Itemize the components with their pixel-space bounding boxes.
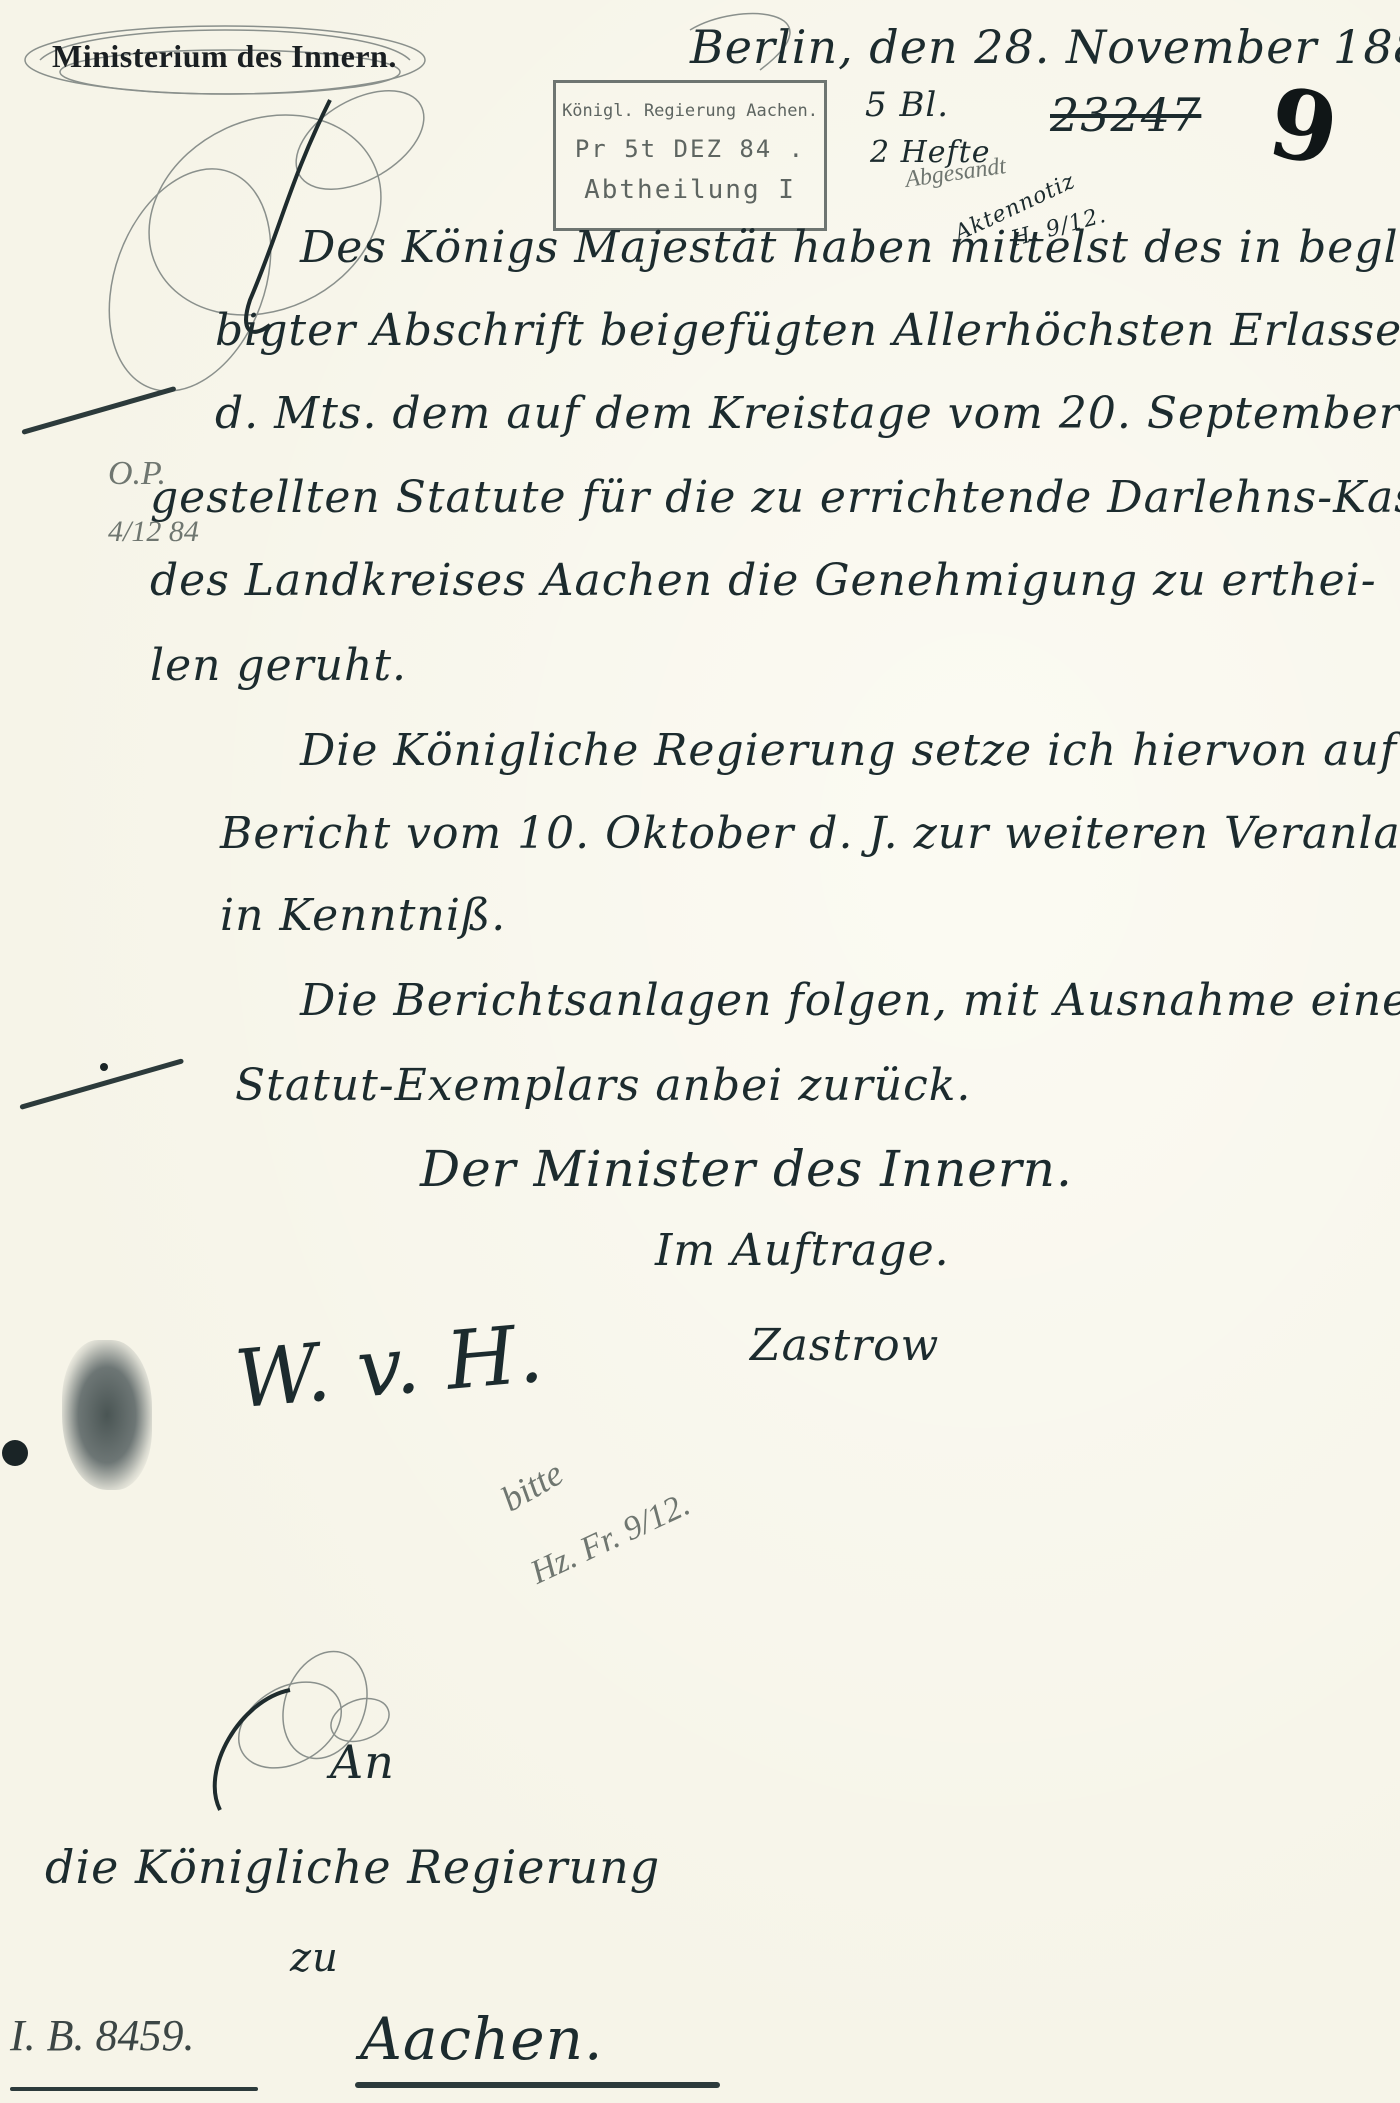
letterhead: Ministerium des Innern. — [40, 30, 420, 90]
receipt-stamp: Königl. Regierung Aachen. Pr 5t DEZ 84 .… — [553, 80, 827, 231]
closing-minister: Der Minister des Innern. — [420, 1140, 1073, 1198]
body-line-1: Des Königs Majestät haben mittelst des i… — [300, 222, 1400, 273]
body-line-5: des Landkreises Aachen die Genehmigung z… — [150, 555, 1377, 606]
stamp-line-2: Pr 5t DEZ 84 . — [556, 135, 824, 163]
initials: W. v. H. — [232, 1307, 548, 1427]
journal-number-struck: 23247 — [1050, 88, 1201, 142]
body-line-2: bigter Abschrift beigefügten Allerhöchst… — [215, 305, 1400, 356]
body-line-4: gestellten Statute für die zu errichtend… — [150, 472, 1400, 523]
body-line-11: Statut-Exemplars anbei zurück. — [235, 1060, 971, 1111]
stamp-line-3: Abtheilung I — [556, 175, 824, 205]
address-line-1: die Königliche Regierung — [45, 1840, 660, 1894]
body-line-6: len geruht. — [150, 640, 407, 691]
document-page: Ministerium des Innern. Berlin, den 28. … — [0, 0, 1400, 2103]
ink-dot — [100, 1063, 108, 1071]
city-underline — [355, 2082, 720, 2088]
pencil-annotation-1: bitte — [494, 1452, 570, 1520]
journal-number-overwrite: 9 — [1261, 65, 1346, 188]
body-line-8: Bericht vom 10. Oktober d. J. zur weiter… — [220, 808, 1400, 859]
stamp-line-1: Königl. Regierung Aachen. — [556, 101, 824, 121]
letterhead-title: Ministerium des Innern. — [52, 38, 397, 75]
signature: Zastrow — [750, 1320, 939, 1371]
ink-dot — [2, 1440, 28, 1466]
reference-number: I. B. 8459. — [10, 2010, 195, 2061]
body-line-9: in Kenntniß. — [220, 890, 506, 941]
address-city: Aachen. — [360, 2005, 603, 2073]
address-line-2: zu — [290, 1935, 339, 1981]
margin-stroke — [21, 386, 176, 435]
margin-note-sheets: 5 Bl. — [865, 85, 949, 125]
body-line-10: Die Berichtsanlagen folgen, mit Ausnahme… — [300, 975, 1400, 1026]
address-salutation: An — [330, 1735, 395, 1789]
reference-underline — [10, 2087, 258, 2091]
body-line-3: d. Mts. dem auf dem Kreistage vom 20. Se… — [215, 388, 1400, 439]
body-line-7: Die Königliche Regierung setze ich hierv… — [300, 725, 1400, 776]
pencil-annotation-2: Hz. Fr. 9/12. — [525, 1486, 696, 1593]
ink-blot — [62, 1340, 152, 1490]
closing-by-order: Im Auftrage. — [655, 1225, 950, 1276]
place-date: Berlin, den 28. November 1884. — [690, 20, 1400, 74]
